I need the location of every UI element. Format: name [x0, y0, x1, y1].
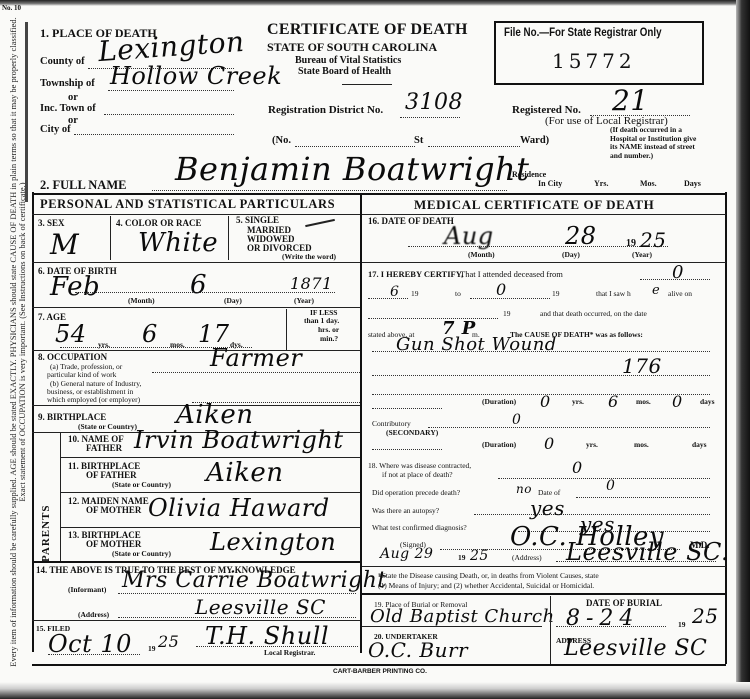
medical-address: Leesville SC. [566, 538, 729, 566]
dob-year: 1871 [290, 274, 333, 293]
scan-bottom-edge [0, 682, 750, 699]
burial-place: Old Baptist Church [370, 606, 555, 627]
inc-town-line [104, 114, 234, 115]
secondary-label: (SECONDARY) [386, 428, 438, 437]
rule-11 [32, 620, 360, 621]
dod-month: Aug [444, 222, 494, 250]
dob-month: Feb [50, 272, 100, 302]
registrar-signature: T.H. Shull [205, 622, 329, 650]
township-label: Township of [40, 78, 95, 89]
full-name-value: Benjamin Boatwright [175, 150, 530, 188]
mother-bp-hint: (State or Country) [112, 549, 171, 558]
father-label-2: FATHER [86, 443, 122, 453]
q18-value: 0 [572, 458, 583, 477]
registered-no-value: 21 [612, 84, 649, 117]
ward-label: Ward) [520, 135, 549, 146]
cert-alive-on: alive on [668, 289, 692, 298]
rule-4 [32, 350, 360, 351]
father-bp-hint: (State or Country) [112, 480, 171, 489]
contrib-duration-label: (Duration) [482, 440, 516, 449]
age-months: 6 [142, 320, 158, 348]
medical-address-label: (Address) [512, 553, 542, 562]
certificate-title: CERTIFICATE OF DEATH [267, 21, 468, 39]
st-line [428, 146, 520, 147]
residence-label: Residence [512, 170, 546, 179]
autopsy-label: Was there an autopsy? [372, 506, 439, 515]
operation-value: no [516, 482, 532, 496]
occupation-line-a [152, 372, 360, 373]
footnote-2: (1) Means of Injury; and (2) whether Acc… [378, 581, 594, 590]
dob-month-label: (Month) [128, 296, 155, 305]
attended-from: 0 [672, 262, 684, 283]
contrib-duration-years: 0 [544, 434, 555, 453]
cause-line-2 [372, 375, 710, 376]
filed-year: 25 [158, 632, 179, 651]
race-label: 4. COLOR OR RACE [116, 218, 202, 228]
signed-year: 25 [470, 548, 489, 564]
rule-10 [32, 561, 360, 563]
contributory-value: 0 [512, 412, 521, 428]
q18-label-2: if not at place of death? [382, 470, 453, 479]
or-label: or [68, 92, 78, 103]
form-number: No. 10 [2, 4, 21, 12]
birthplace-hint: (State or Country) [78, 422, 137, 431]
if-less-4: min.? [320, 334, 338, 343]
file-number-label: File No.—For State Registrar Only [504, 27, 662, 39]
duration-label: (Duration) [482, 397, 516, 406]
printer-imprint: CART-BARBER PRINTING CO. [333, 668, 427, 675]
scan-right-edge [736, 0, 750, 699]
duration-yrs-label: yrs. [572, 397, 584, 406]
file-number: 15772 [552, 49, 636, 73]
dod-day: 28 [565, 222, 597, 250]
mother-bp-label-2: OF MOTHER [86, 539, 141, 549]
marital-check-mark [305, 219, 335, 227]
operation-label: Did operation precede death? [372, 488, 460, 497]
form-bottom-rule [32, 664, 726, 666]
inc-town-label: Inc. Town of [40, 103, 96, 114]
occupation-value: Farmer [210, 344, 302, 372]
no-label: (No. [272, 135, 291, 146]
med-rule-1 [362, 214, 726, 215]
cert-19-c: 19 [503, 309, 511, 318]
rule-1 [32, 214, 360, 215]
footnote-1: *State the Disease causing Death, or, in… [378, 571, 599, 580]
rule-v1 [110, 216, 111, 260]
contrib-days-label: days [692, 440, 707, 449]
cert-line2-a [368, 298, 408, 299]
test-label: What test confirmed diagnosis? [372, 523, 467, 532]
personal-section-title: PERSONAL AND STATISTICAL PARTICULARS [40, 197, 335, 212]
q18-label-1: 18. Where was disease contracted, [368, 461, 471, 470]
father-bp-label-2: OF FATHER [86, 470, 137, 480]
signed-date: Aug 29 [380, 546, 433, 562]
dob-day-label: (Day) [224, 296, 242, 305]
burial-divider [550, 596, 551, 664]
township-line [108, 90, 234, 91]
burial-date-line [556, 626, 666, 627]
rule-8 [60, 492, 360, 493]
if-less-2: than 1 day. [304, 316, 339, 325]
marital-hint: (Write the word) [282, 252, 336, 261]
dob-day: 6 [190, 270, 207, 300]
registration-district-label: Registration District No. [268, 104, 383, 116]
dod-label: 16. DATE OF DEATH [368, 216, 454, 226]
st-label: St [414, 135, 423, 146]
registration-district-value: 3108 [405, 90, 463, 115]
med-rule-3 [362, 566, 726, 567]
mother-birthplace: Lexington [210, 528, 336, 556]
cert-19-b: 19 [552, 289, 560, 298]
district-line [400, 117, 460, 118]
city-label: City of [40, 124, 71, 135]
attended-to: 0 [496, 280, 507, 299]
contributory-line [428, 427, 710, 428]
burial-date: 8-24 [566, 606, 639, 631]
occupation-a2: particular kind of work [47, 370, 116, 379]
certify-text: That I attended deceased from [460, 269, 563, 279]
cause-line-1 [372, 351, 710, 352]
contributory-label: Contributory [372, 419, 411, 428]
res-days-label: Days [684, 179, 701, 188]
cert-19-a: 19 [411, 289, 419, 298]
undertaker-address: Leesville SC [564, 636, 707, 661]
board-title: State Board of Health [298, 66, 391, 77]
duration-days: 0 [672, 392, 683, 411]
filed-date-line [48, 654, 140, 655]
section-top-rule [32, 193, 726, 195]
sex-label: 3. SEX [38, 218, 65, 228]
med-rule-4 [362, 593, 726, 595]
state-title: STATE OF SOUTH CAROLINA [267, 40, 437, 55]
mother-name: Olivia Haward [148, 494, 330, 522]
sex-value: M [50, 228, 79, 261]
occupation-label: 8. OCCUPATION [38, 352, 107, 362]
dob-year-label: (Year) [294, 296, 314, 305]
autopsy-value: yes [530, 496, 565, 520]
file-number-box: File No.—For State Registrar Only 15772 [494, 21, 704, 85]
dod-day-label: (Day) [562, 250, 580, 259]
form-left-border [32, 192, 34, 652]
registrar-label: Local Registrar. [264, 648, 315, 657]
attended-from-month: 6 [390, 284, 399, 300]
medical-section-title: MEDICAL CERTIFICATE OF DEATH [414, 197, 654, 213]
q18-line [498, 478, 710, 479]
in-city-label: In City [538, 179, 562, 188]
informant-address-label: (Address) [78, 610, 109, 619]
hospital-note: (If death occurred in a Hospital or Inst… [610, 126, 702, 160]
informant-line [118, 593, 356, 594]
parents-divider [60, 432, 61, 562]
dod-month-label: (Month) [468, 250, 495, 259]
cert-saw: that I saw h [596, 289, 631, 298]
burial-place-line [362, 626, 542, 627]
scan-top-edge [0, 0, 750, 6]
occupation-b3: which employed (or employer) [47, 395, 140, 404]
full-name-label: 2. FULL NAME [40, 178, 126, 193]
father-name: Irvin Boatwright [134, 426, 343, 454]
township-value: Hollow Creek [110, 62, 282, 90]
signed-year-prefix: 19 [458, 553, 466, 562]
saw-pronoun: e [652, 283, 660, 298]
cert-line3 [368, 318, 498, 319]
dod-year-prefix: 19 [626, 238, 636, 249]
cert-line2-b [470, 298, 550, 299]
dod-year-label: (Year) [632, 250, 652, 259]
age-years: 54 [55, 320, 87, 348]
informant-address: Leesville SC [195, 595, 326, 619]
contrib-duration-pre-line [372, 449, 442, 450]
rule-v2 [228, 216, 229, 260]
rule-2 [32, 262, 360, 263]
no-line [295, 146, 415, 147]
full-name-line [152, 190, 507, 191]
mother-label-2: OF MOTHER [86, 505, 141, 515]
father-birthplace: Aiken [206, 458, 283, 488]
city-line [74, 134, 234, 135]
res-yrs-label: Yrs. [594, 179, 608, 188]
duration-pre-line [372, 408, 442, 409]
bureau-title: Bureau of Vital Statistics [295, 55, 401, 66]
duration-days-label: days [700, 397, 715, 406]
filed-year-prefix: 19 [148, 644, 156, 653]
cert-to: to [455, 289, 461, 298]
operation-date-line [576, 497, 710, 498]
informant-value: Mrs Carrie Boatwright [122, 568, 387, 593]
operation-date: 0 [606, 478, 615, 494]
duration-mos-label: mos. [636, 397, 651, 406]
if-less-3: hrs. or [318, 325, 339, 334]
contrib-mos-label: mos. [634, 440, 649, 449]
duration-years: 0 [540, 392, 551, 411]
cert-death-occurred: and that death occurred, on the date [540, 309, 647, 318]
burial-year: 25 [692, 604, 718, 628]
certify-label: 17. I HEREBY CERTIFY, [368, 269, 463, 279]
res-mos-label: Mos. [640, 179, 657, 188]
dod-year: 25 [640, 228, 666, 252]
undertaker-value: O.C. Burr [368, 638, 468, 662]
left-margin-rule [25, 22, 28, 202]
header-rule [342, 84, 392, 85]
birthplace-label: 9. BIRTHPLACE [38, 412, 106, 422]
county-label: County of [40, 56, 85, 67]
race-value: White [138, 228, 218, 258]
informant-label: (Informant) [68, 585, 106, 594]
parents-label: PARENTS [40, 504, 52, 562]
contrib-yrs-label: yrs. [586, 440, 598, 449]
burial-year-prefix: 19 [678, 620, 686, 629]
duration-months: 6 [608, 392, 619, 411]
